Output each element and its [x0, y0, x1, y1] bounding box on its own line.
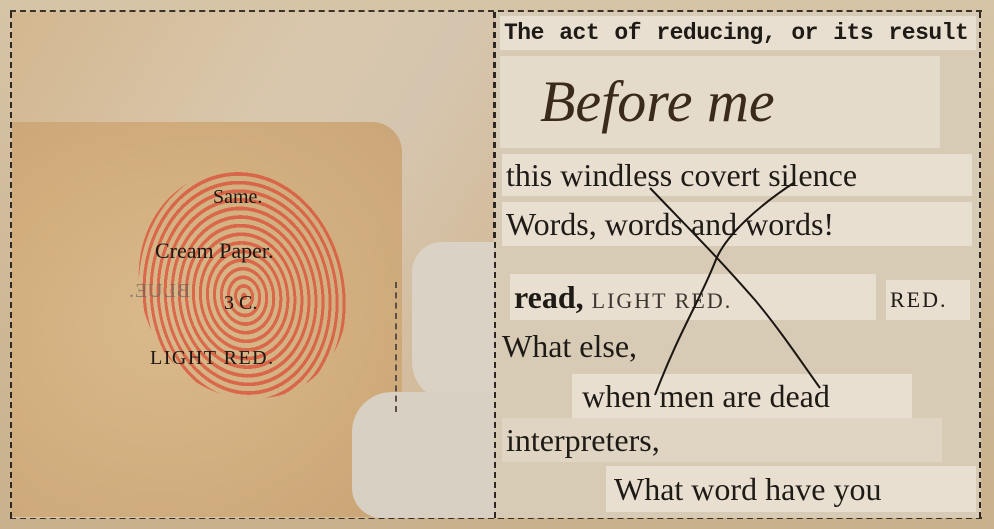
mirrored-offset-text: BLUE.: [128, 280, 190, 303]
clipping-light-red: LIGHT RED.: [592, 288, 733, 313]
clipping-line1: this windless covert silence: [502, 154, 972, 196]
clipping-handwriting: Before me: [500, 56, 940, 148]
clipping-red-label: RED.: [886, 280, 970, 320]
torn-paper-area: [412, 242, 495, 402]
clipping-line6: interpreters,: [502, 418, 942, 462]
clipping-line3: read, LIGHT RED.: [510, 274, 876, 320]
clipping-read-word: read,: [514, 279, 584, 315]
clipping-line5: when men are dead: [572, 374, 912, 418]
label-value: 3 C.: [224, 292, 257, 315]
text-collage-card: The act of reducing, or its result Befor…: [494, 12, 981, 518]
collage-photo: BLUE. Same. Cream Paper. 3 C. LIGHT RED.…: [0, 0, 994, 529]
clipping-line4: What else,: [498, 326, 738, 366]
clipping-line7: What word have you: [606, 466, 976, 512]
torn-paper-area-lower: [352, 392, 495, 518]
label-color: LIGHT RED.: [150, 347, 275, 370]
inner-dashed-line: [395, 282, 397, 412]
label-paper: Cream Paper.: [155, 238, 274, 264]
label-same: Same.: [213, 186, 262, 209]
clipping-line2: Words, words and words!: [502, 202, 972, 246]
clipping-definition: The act of reducing, or its result: [500, 16, 976, 50]
